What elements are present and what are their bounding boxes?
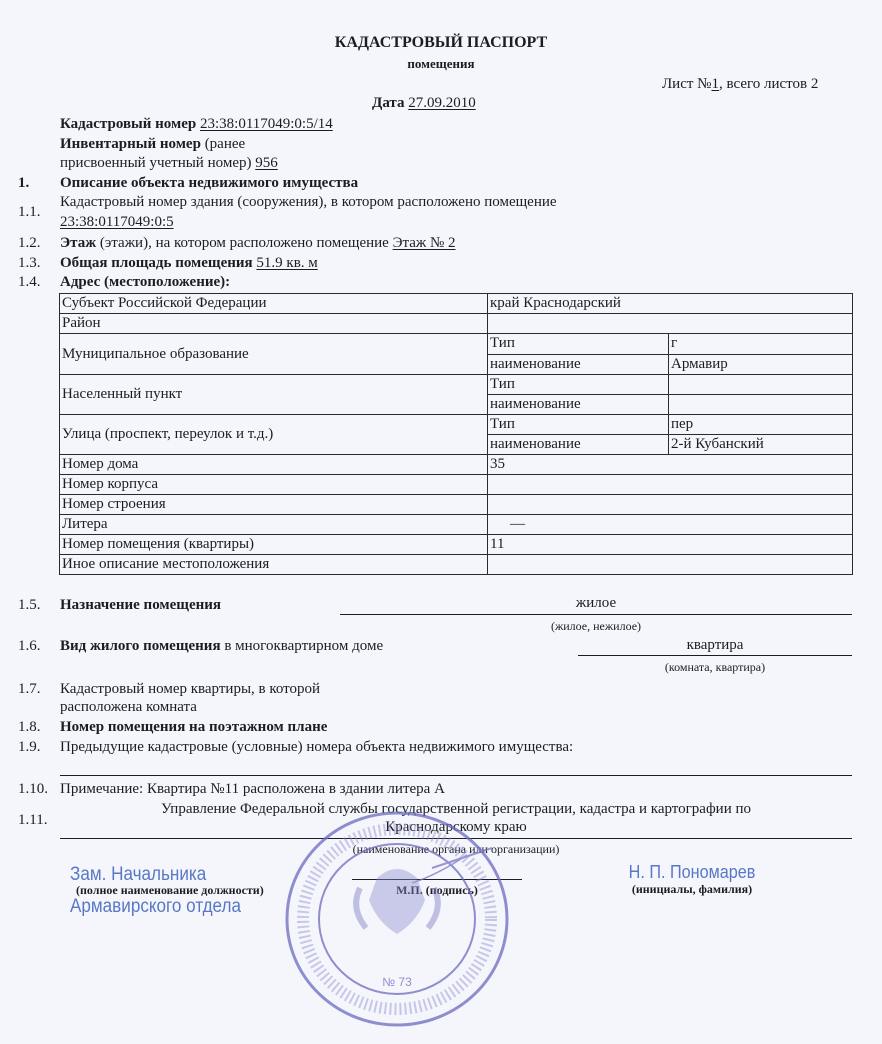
item-1-7-line-1: Кадастровый номер квартиры, в которой xyxy=(60,681,320,698)
item-1-8-number: 1.8. xyxy=(18,719,41,736)
cadastral-number-value: 23:38:0117049:0:5/14 xyxy=(200,116,333,132)
document-date: Дата 27.09.2010 xyxy=(372,95,476,112)
inventory-number-label: Инвентарный номер xyxy=(60,136,201,152)
purpose-underline xyxy=(340,614,852,615)
date-label: Дата xyxy=(372,95,404,111)
cadastral-number-label: Кадастровый номер xyxy=(60,116,196,132)
structure-label: Номер строения xyxy=(60,495,488,515)
note-text: Примечание: Квартира №11 расположена в з… xyxy=(60,781,445,798)
position-caption: (полное наименование должности) xyxy=(76,883,264,898)
settlement-name-label: наименование xyxy=(488,395,669,415)
inventory-number-row-2: присвоенный учетный номер) 956 xyxy=(60,155,278,172)
table-row: Субъект Российской Федерации край Красно… xyxy=(60,294,853,314)
settlement-name-value xyxy=(669,395,853,415)
building-cadastral-number: 23:38:0117049:0:5 xyxy=(60,214,174,231)
building-value xyxy=(488,475,853,495)
item-1-3: Общая площадь помещения 51.9 кв. м xyxy=(60,255,318,272)
house-value: 35 xyxy=(488,455,853,475)
table-row: Литера — xyxy=(60,515,853,535)
municipality-name-label: наименование xyxy=(488,354,669,375)
dwelling-type-underline xyxy=(578,655,852,656)
area-value: 51.9 кв. м xyxy=(256,255,317,271)
item-1-9-number: 1.9. xyxy=(18,739,41,756)
floor-label-bold: Этаж xyxy=(60,235,96,251)
table-row: Номер корпуса xyxy=(60,475,853,495)
settlement-type-value xyxy=(669,375,853,395)
item-1-6: Вид жилого помещения в многоквартирном д… xyxy=(60,638,383,655)
table-row: Иное описание местоположения xyxy=(60,555,853,575)
letter-value: — xyxy=(488,515,853,535)
item-1-2-number: 1.2. xyxy=(18,235,41,252)
table-row: Район xyxy=(60,314,853,334)
inventory-number-value: 956 xyxy=(255,155,278,171)
address-label: Адрес (местоположение): xyxy=(60,274,230,291)
document-subtitle: помещения xyxy=(0,56,882,72)
section-1-title: Описание объекта недвижимого имущества xyxy=(60,175,358,192)
street-name-label: наименование xyxy=(488,435,669,455)
inventory-number-row: Инвентарный номер (ранее xyxy=(60,136,245,153)
position-line-2: Армавирского отдела xyxy=(70,896,241,918)
table-row: Номер помещения (квартиры) 11 xyxy=(60,535,853,555)
purpose-value: жилое xyxy=(340,595,852,612)
other-location-value xyxy=(488,555,853,575)
cadastral-number-row: Кадастровый номер 23:38:0117049:0:5/14 xyxy=(60,116,333,133)
sheet-suffix: , всего листов 2 xyxy=(719,76,818,92)
subject-value: край Краснодарский xyxy=(488,294,853,314)
letter-label: Литера xyxy=(60,515,488,535)
street-type-label: Тип xyxy=(488,415,669,435)
municipality-type-value: г xyxy=(669,334,853,355)
structure-value xyxy=(488,495,853,515)
table-row: Муниципальное образование Тип г xyxy=(60,334,853,355)
street-type-value: пер xyxy=(669,415,853,435)
street-label: Улица (проспект, переулок и т.д.) xyxy=(60,415,488,455)
street-name-value: 2-й Кубанский xyxy=(669,435,853,455)
municipality-name-value: Армавир xyxy=(669,354,853,375)
item-1-5-number: 1.5. xyxy=(18,597,41,614)
table-row: Улица (проспект, переулок и т.д.) Тип пе… xyxy=(60,415,853,435)
item-1-2: Этаж (этажи), на котором расположено пом… xyxy=(60,235,456,252)
house-label: Номер дома xyxy=(60,455,488,475)
item-1-1-number: 1.1. xyxy=(18,204,41,221)
previous-numbers-line xyxy=(60,775,852,776)
previous-numbers-label: Предыдущие кадастровые (условные) номера… xyxy=(60,739,573,756)
inventory-note-1: (ранее xyxy=(205,136,246,152)
date-value: 27.09.2010 xyxy=(408,95,476,111)
floor-value: Этаж № 2 xyxy=(393,235,456,251)
sheet-info: Лист №1, всего листов 2 xyxy=(662,76,818,93)
subject-label: Субъект Российской Федерации xyxy=(60,294,488,314)
item-1-11-number: 1.11. xyxy=(18,812,47,829)
purpose-label: Назначение помещения xyxy=(60,597,221,614)
apartment-value: 11 xyxy=(488,535,853,555)
item-1-7-number: 1.7. xyxy=(18,681,41,698)
section-1-number: 1. xyxy=(18,175,29,192)
district-value xyxy=(488,314,853,334)
floor-plan-number-label: Номер помещения на поэтажном плане xyxy=(60,719,327,736)
dwelling-type-caption: (комната, квартира) xyxy=(578,660,852,675)
other-location-label: Иное описание местоположения xyxy=(60,555,488,575)
signer-name-caption: (инициалы, фамилия) xyxy=(612,882,772,897)
official-stamp-icon: № 73 xyxy=(282,808,512,1030)
table-row: Номер дома 35 xyxy=(60,455,853,475)
purpose-caption: (жилое, нежилое) xyxy=(340,619,852,634)
apartment-label: Номер помещения (квартиры) xyxy=(60,535,488,555)
stamp-number: № 73 xyxy=(382,975,412,989)
document-title: КАДАСТРОВЫЙ ПАСПОРТ xyxy=(0,34,882,52)
table-row: Населенный пункт Тип xyxy=(60,375,853,395)
item-1-10-number: 1.10. xyxy=(18,781,48,798)
item-1-1-text: Кадастровый номер здания (сооружения), в… xyxy=(60,194,557,211)
settlement-type-label: Тип xyxy=(488,375,669,395)
item-1-6-number: 1.6. xyxy=(18,638,41,655)
table-row: Номер строения xyxy=(60,495,853,515)
sheet-number: 1 xyxy=(711,76,719,92)
district-label: Район xyxy=(60,314,488,334)
municipality-label: Муниципальное образование xyxy=(60,334,488,375)
item-1-3-number: 1.3. xyxy=(18,255,41,272)
dwelling-type-label-bold: Вид жилого помещения xyxy=(60,638,221,654)
floor-label: (этажи), на котором расположено помещени… xyxy=(100,235,389,251)
dwelling-type-label: в многоквартирном доме xyxy=(224,638,383,654)
dwelling-type-value: квартира xyxy=(578,637,852,654)
item-1-7-line-2: расположена комната xyxy=(60,699,197,716)
municipality-type-label: Тип xyxy=(488,334,669,355)
sheet-prefix: Лист № xyxy=(662,76,711,92)
building-label: Номер корпуса xyxy=(60,475,488,495)
address-table: Субъект Российской Федерации край Красно… xyxy=(59,293,853,575)
inventory-note-2: присвоенный учетный номер) xyxy=(60,155,251,171)
settlement-label: Населенный пункт xyxy=(60,375,488,415)
signer-name: Н. П. Пономарев xyxy=(620,862,764,883)
item-1-4-number: 1.4. xyxy=(18,274,41,291)
area-label: Общая площадь помещения xyxy=(60,255,253,271)
